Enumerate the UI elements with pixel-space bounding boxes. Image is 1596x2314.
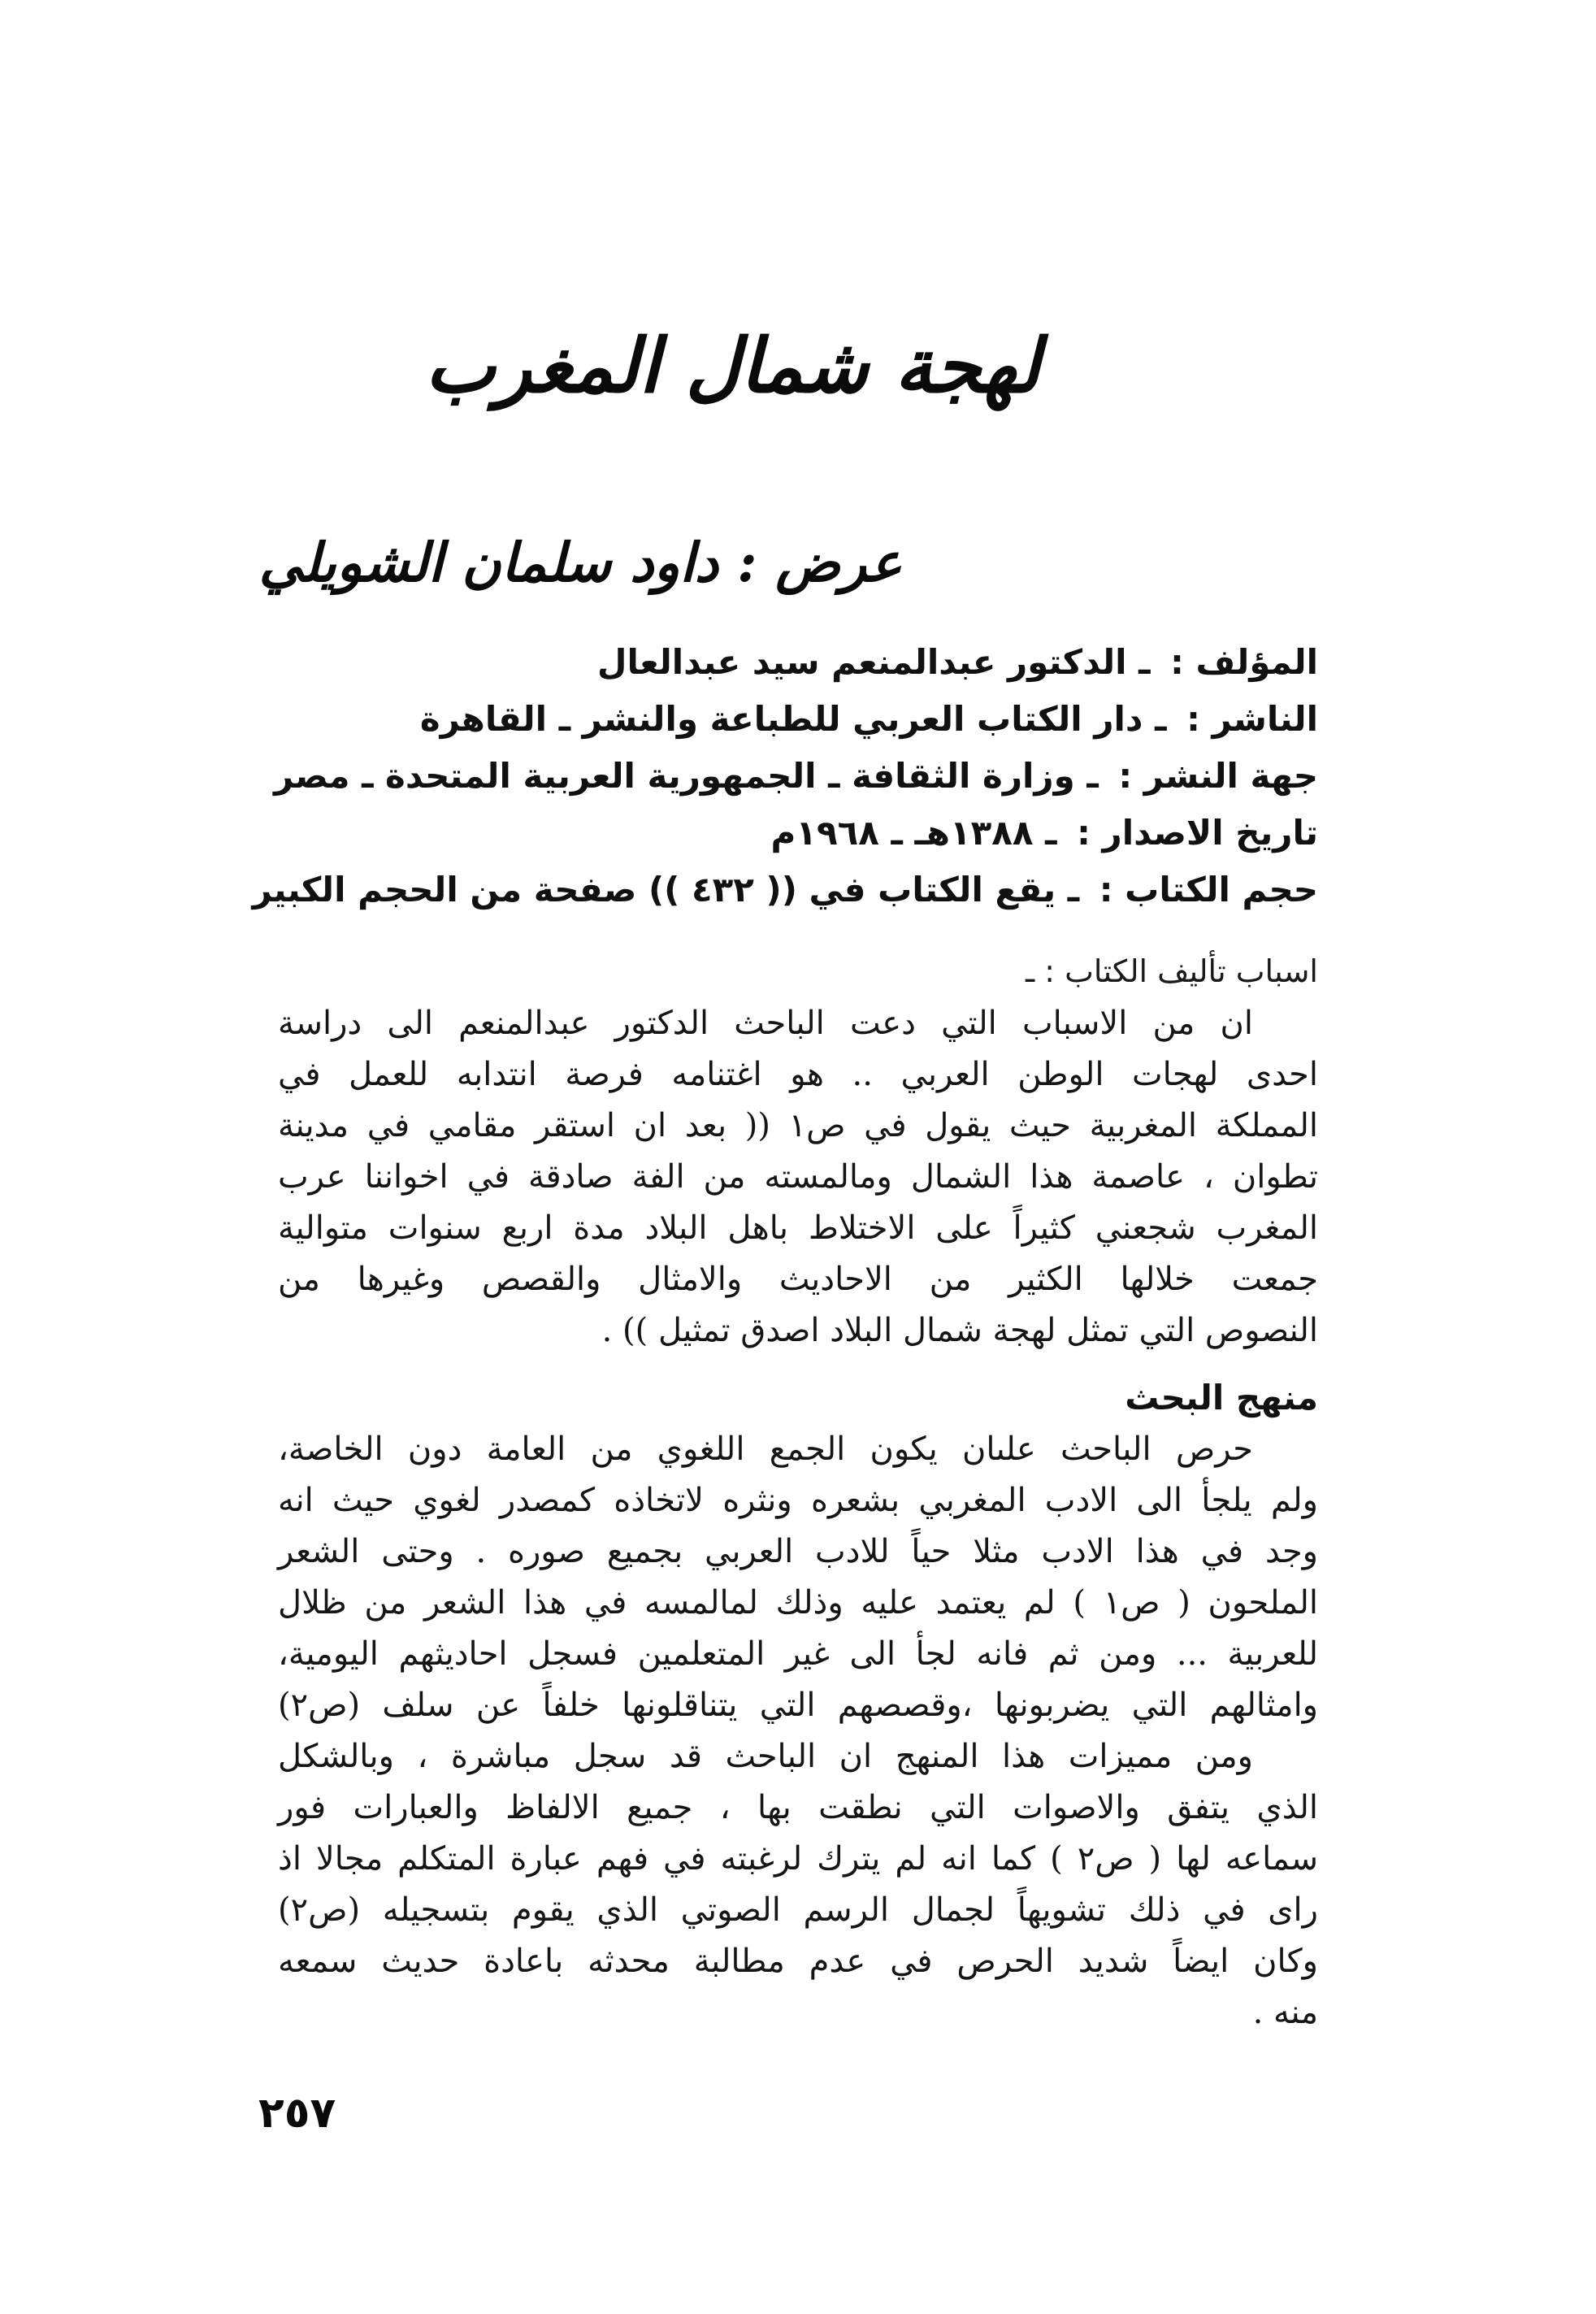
reviewer-byline: عرض : داود سلمان الشويلي [268,528,902,598]
text-line: جمعت خلالها الكثير من الاحاديث والامثال … [278,1254,1318,1305]
book-review-page: لهجة شمال المغرب عرض : داود سلمان الشويل… [0,0,1596,2314]
meta-label: الناشر : [1186,699,1318,739]
meta-value: ـ الدكتور عبدالمنعم سيد عبدالعال [597,642,1150,682]
meta-release-date: تاريخ الاصدار : ـ ١٣٨٨هـ ـ ١٩٦٨م [262,805,1318,862]
reasons-paragraph: ان من الاسباب التي دعت الباحث الدكتور عب… [278,998,1318,1357]
meta-label: المؤلف : [1170,642,1318,682]
text-line: حرص الباحث علىان يكون الجمع اللغوي من ال… [278,1424,1318,1475]
text-line: المغرب شجعني كثيراً على الاختلاط باهل ال… [278,1203,1318,1254]
text-line: وكان ايضاً شديد الحرص في عدم مطالبة محدث… [278,1936,1318,1987]
text-line: ومن مميزات هذا المنهج ان الباحث قد سجل م… [278,1731,1318,1782]
meta-book-size: حجم الكتاب : ـ يقع الكتاب في (( ٤٣٢ )) ص… [262,862,1318,918]
page-number: ٢٥٧ [258,2085,336,2142]
text-line: منه . [278,1987,1318,2038]
methodology-paragraph: حرص الباحث علىان يكون الجمع اللغوي من ال… [278,1424,1318,2038]
text-line: ولم يلجأ الى الادب المغربي بشعره ونثره ل… [278,1475,1318,1526]
article-title: لهجة شمال المغرب [618,321,1040,410]
section-heading-methodology: منهج البحث [1125,1374,1318,1422]
text-line: للعربية ... ومن ثم فانه لجأ الى غير المت… [278,1629,1318,1680]
text-line: وامثالهم التي يضربونها ،وقصصهم التي يتنا… [278,1680,1318,1731]
meta-author: المؤلف : ـ الدكتور عبدالمنعم سيد عبدالعا… [262,634,1318,691]
text-line: الذي يتفق والاصوات التي نطقت بها ، جميع … [278,1782,1318,1834]
reasons-label: اسباب تأليف الكتاب : ـ [1026,947,1318,996]
book-metadata: المؤلف : ـ الدكتور عبدالمنعم سيد عبدالعا… [262,634,1318,918]
meta-publishing-body: جهة النشر : ـ وزارة الثقافة ـ الجمهورية … [262,748,1318,805]
text-line: احدى لهجات الوطن العربي .. هو اغتنامه فر… [278,1049,1318,1101]
text-line: المملكة المغربية حيث يقول في ص١ (( بعد ا… [278,1101,1318,1152]
meta-value: ـ وزارة الثقافة ـ الجمهورية العربية المت… [274,756,1099,796]
text-line: النصوص التي تمثل لهجة شمال البلاد اصدق ت… [278,1305,1318,1357]
text-line: تطوان ، عاصمة هذا الشمال ومالمسته من الف… [278,1152,1318,1203]
text-line: الملحون ( ص١ ) لم يعتمد عليه وذلك لمالمس… [278,1578,1318,1629]
text-line: وجد في هذا الادب مثلا حياً للادب العربي … [278,1526,1318,1578]
text-line: راى في ذلك تشويهاً لجمال الرسم الصوتي ال… [278,1885,1318,1936]
meta-publisher: الناشر : ـ دار الكتاب العربي للطباعة وال… [262,691,1318,748]
meta-value: ـ دار الكتاب العربي للطباعة والنشر ـ الق… [420,699,1167,739]
text-line: سماعه لها ( ص٢ ) كما انه لم يترك لرغبته … [278,1834,1318,1885]
text-line: ان من الاسباب التي دعت الباحث الدكتور عب… [278,998,1318,1049]
meta-value: ـ ١٣٨٨هـ ـ ١٩٦٨م [771,813,1057,853]
meta-label: حجم الكتاب : [1099,870,1318,910]
meta-value: ـ يقع الكتاب في (( ٤٣٢ )) صفحة من الحجم … [252,870,1079,910]
meta-label: جهة النشر : [1118,756,1318,796]
meta-label: تاريخ الاصدار : [1077,813,1318,853]
